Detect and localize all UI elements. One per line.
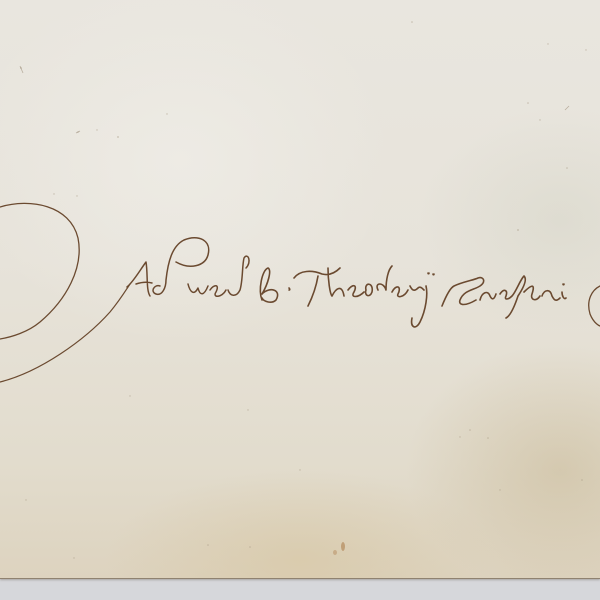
- word-theodorij: [294, 266, 434, 327]
- word-ad: [127, 238, 209, 296]
- word-b: [260, 268, 289, 302]
- flourish-tail: [0, 284, 130, 382]
- flourish-loop: [0, 203, 79, 339]
- word-paren: [589, 286, 600, 326]
- word-enagroni: [442, 276, 566, 318]
- handwriting-ink: [0, 0, 600, 578]
- word-usu: [188, 256, 249, 296]
- manuscript-paper: Ad usu b. Theodorij Enagroni (: [0, 0, 600, 579]
- photo-scene: Ad usu b. Theodorij Enagroni (: [0, 0, 600, 600]
